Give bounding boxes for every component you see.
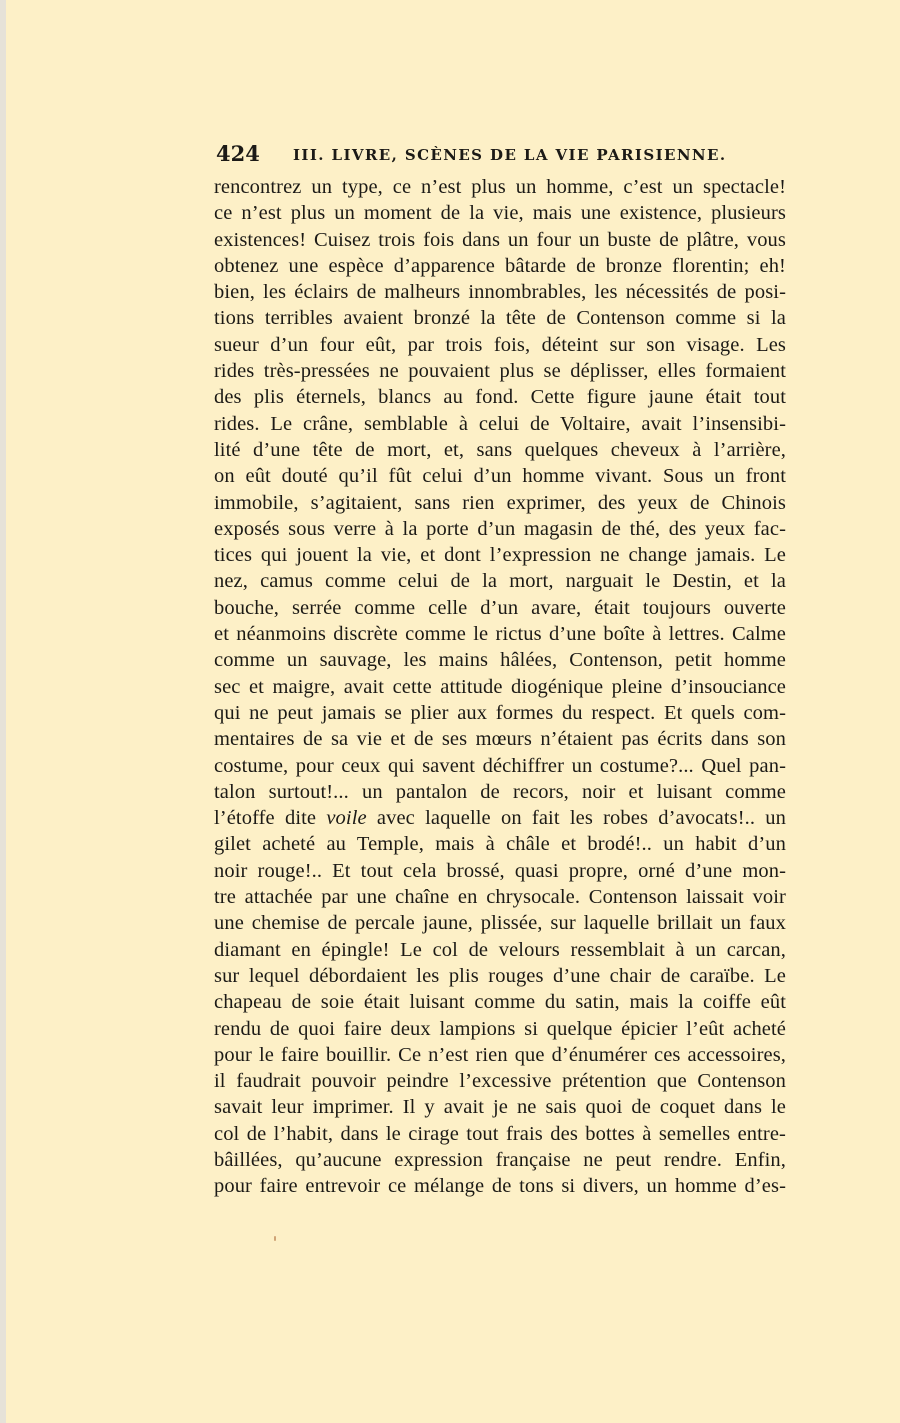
text-line: pour le faire bouillir. Ce n’est rien qu… [214,1042,786,1068]
page-header: 424 III. LIVRE, SCÈNES DE LA VIE PARISIE… [216,141,786,167]
text-line: obtenez une espèce d’apparence bâtarde d… [214,253,786,279]
text-line: bien, les éclairs de malheurs innombrabl… [214,279,786,305]
text-line: savait leur imprimer. Il y avait je ne s… [214,1094,786,1120]
text-line: nez, camus comme celui de la mort, nargu… [214,568,786,594]
italic-word: voile [326,807,366,829]
book-page: 424 III. LIVRE, SCÈNES DE LA VIE PARISIE… [0,0,900,1423]
text-line: immobile, s’agitaient, sans rien exprime… [214,490,786,516]
text-line: ce n’est plus un moment de la vie, mais … [214,200,786,226]
text-line: bouche, serrée comme celle d’un avare, é… [214,595,786,621]
paper-speck [274,1236,276,1241]
text-line: costume, pour ceux qui savent déchiffrer… [214,753,786,779]
text-line: bâillées, qu’aucune expression française… [214,1147,786,1173]
text-line: on eût douté qu’il fût celui d’un homme … [214,463,786,489]
text-line: rides très-pressées ne pouvaient plus se… [214,358,786,384]
text-line: pour faire entrevoir ce mélange de tons … [214,1173,786,1199]
text-line: et néanmoins discrète comme le rictus d’… [214,621,786,647]
running-head: III. LIVRE, SCÈNES DE LA VIE PARISIENNE. [293,146,727,164]
text-line: exposés sous verre à la porte d’un magas… [214,516,786,542]
text-line: qui ne peut jamais se plier aux formes d… [214,700,786,726]
text-segment: l’étoffe dite [214,807,326,829]
text-line: des plis éternels, blancs au fond. Cette… [214,384,786,410]
text-line: noir rouge!.. Et tout cela brossé, quasi… [214,858,786,884]
text-line: rides. Le crâne, semblable à celui de Vo… [214,411,786,437]
text-line: sueur d’un four eût, par trois fois, dét… [214,332,786,358]
text-line: sur lequel débordaient les plis rouges d… [214,963,786,989]
text-line: diamant en épingle! Le col de velours re… [214,937,786,963]
text-line: lité d’une tête de mort, et, sans quelqu… [214,437,786,463]
text-line: rencontrez un type, ce n’est plus un hom… [214,174,786,200]
text-line-with-italic: l’étoffe dite voile avec laquelle on fai… [214,805,786,831]
text-line: rendu de quoi faire deux lampions si que… [214,1016,786,1042]
text-line: existences! Cuisez trois fois dans un fo… [214,227,786,253]
text-line: comme un sauvage, les mains hâlées, Cont… [214,647,786,673]
text-line: chapeau de soie était luisant comme du s… [214,989,786,1015]
text-line: tre attachée par une chaîne en chrysocal… [214,884,786,910]
text-line: une chemise de percale jaune, plissée, s… [214,910,786,936]
text-line: il faudrait pouvoir peindre l’excessive … [214,1068,786,1094]
text-line: tices qui jouent la vie, et dont l’expre… [214,542,786,568]
text-line: col de l’habit, dans le cirage tout frai… [214,1121,786,1147]
text-segment: avec laquelle on fait les robes d’avocat… [367,807,786,829]
text-line: mentaires de sa vie et de ses mœurs n’ét… [214,726,786,752]
text-line: gilet acheté au Temple, mais à châle et … [214,831,786,857]
page-number: 424 [216,141,260,166]
text-line: talon surtout!... un pantalon de recors,… [214,779,786,805]
text-line: sec et maigre, avait cette attitude diog… [214,674,786,700]
body-text: rencontrez un type, ce n’est plus un hom… [214,174,786,1200]
text-line: tions terribles avaient bronzé la tête d… [214,305,786,331]
